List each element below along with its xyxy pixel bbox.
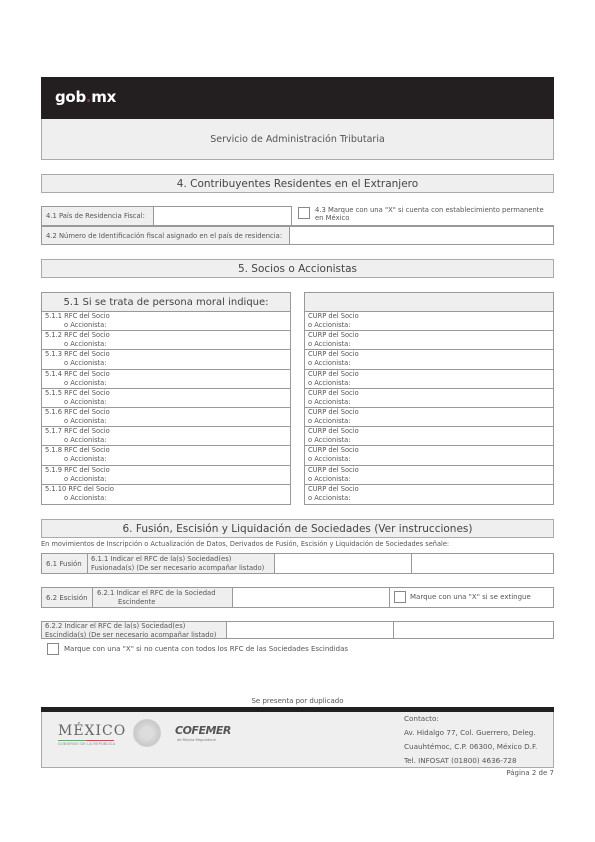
section-6-instruction: En movimientos de Inscripción o Actualiz… xyxy=(41,540,449,548)
curp-socio-row[interactable]: CURP del Socioo Accionista: xyxy=(305,389,553,408)
establecimiento-label-line1: 4.3 Marque con una "X" si cuenta con est… xyxy=(315,206,544,214)
row-label-line2: o Accionista: xyxy=(308,494,553,503)
fusion-rfc-label: 6.1.1 Indicar el RFC de la(s) Sociedad(e… xyxy=(87,553,275,574)
row-label-line2: o Accionista: xyxy=(45,494,290,503)
escision-label: 6.2 Escisión xyxy=(41,587,93,608)
curp-socio-row[interactable]: CURP del Socioo Accionista: xyxy=(305,427,553,446)
curp-socio-row[interactable]: CURP del Socioo Accionista: xyxy=(305,466,553,485)
rfc-socio-row[interactable]: 5.1.5 RFC del Socioo Accionista: xyxy=(42,389,290,408)
rfc-socios-header: 5.1 Si se trata de persona moral indique… xyxy=(42,293,290,312)
curp-socio-row[interactable]: CURP del Socioo Accionista: xyxy=(305,446,553,465)
logo-tld: mx xyxy=(91,88,116,106)
row-label-line1: 5.1.3 RFC del Socio xyxy=(45,350,290,359)
row-label-line1: CURP del Socio xyxy=(308,370,553,379)
pais-residencia-label: 4.1 País de Residencia Fiscal: xyxy=(41,206,154,226)
section-6-title: 6. Fusión, Escisión y Liquidación de Soc… xyxy=(41,519,554,538)
curp-socios-table: CURP del Socioo Accionista:CURP del Soci… xyxy=(304,292,554,505)
cofemer-logo: COFEMER xyxy=(175,724,231,737)
contact-address-1: Av. Hidalgo 77, Col. Guerrero, Deleg. xyxy=(404,728,536,737)
row-label-line2: o Accionista: xyxy=(45,455,290,464)
contact-title: Contacto: xyxy=(404,714,439,723)
row-label-line2: o Accionista: xyxy=(45,475,290,484)
header-subtitle: Servicio de Administración Tributaria xyxy=(41,119,554,160)
curp-socio-row[interactable]: CURP del Socioo Accionista: xyxy=(305,370,553,389)
rfc-socio-row[interactable]: 5.1.10 RFC del Socioo Accionista: xyxy=(42,485,290,504)
escindidas-field-1[interactable] xyxy=(226,621,394,639)
nif-field[interactable] xyxy=(289,226,554,245)
row-label-line2: o Accionista: xyxy=(45,340,290,349)
escision-rfc-field[interactable] xyxy=(232,587,390,608)
rfc-socio-row[interactable]: 5.1.9 RFC del Socioo Accionista: xyxy=(42,466,290,485)
extingue-checkbox[interactable] xyxy=(394,591,406,603)
row-label-line2: o Accionista: xyxy=(308,417,553,426)
establecimiento-checkbox[interactable] xyxy=(298,207,310,219)
row-label-line2: o Accionista: xyxy=(45,321,290,330)
row-label-line2: o Accionista: xyxy=(45,379,290,388)
row-label-line2: o Accionista: xyxy=(308,398,553,407)
gobmx-logo: gob.mx xyxy=(55,88,116,106)
row-label-line1: 5.1.9 RFC del Socio xyxy=(45,466,290,475)
row-label-line1: 5.1.2 RFC del Socio xyxy=(45,331,290,340)
escision-rfc-line1: 6.2.1 Indicar el RFC de la Sociedad xyxy=(93,589,232,598)
curp-socio-row[interactable]: CURP del Socioo Accionista: xyxy=(305,331,553,350)
national-seal-icon xyxy=(133,719,161,747)
logo-main: gob xyxy=(55,88,86,106)
row-label-line1: 5.1.8 RFC del Socio xyxy=(45,446,290,455)
curp-socios-header xyxy=(305,293,553,312)
rfc-socio-row[interactable]: 5.1.4 RFC del Socioo Accionista: xyxy=(42,370,290,389)
mexico-logo-line xyxy=(58,740,114,741)
row-label-line1: 5.1.5 RFC del Socio xyxy=(45,389,290,398)
duplicado-note: Se presenta por duplicado xyxy=(0,697,595,705)
escindidas-line2: Escindida(s) (De ser necesario acompañar… xyxy=(45,631,226,640)
fusion-label: 6.1 Fusión xyxy=(41,553,88,574)
extingue-label: Marque con una "X" si se extingue xyxy=(410,593,531,601)
row-label-line1: 5.1.4 RFC del Socio xyxy=(45,370,290,379)
row-label-line2: o Accionista: xyxy=(308,340,553,349)
row-label-line1: CURP del Socio xyxy=(308,331,553,340)
fusion-rfc-line2: Fusionada(s) (De ser necesario acompañar… xyxy=(91,564,274,573)
establecimiento-label-line2: en México xyxy=(315,214,544,222)
row-label-line2: o Accionista: xyxy=(308,321,553,330)
escindidas-field-2[interactable] xyxy=(393,621,554,639)
no-rfc-checkbox[interactable] xyxy=(47,643,59,655)
row-label-line1: CURP del Socio xyxy=(308,350,553,359)
curp-socio-row[interactable]: CURP del Socioo Accionista: xyxy=(305,350,553,369)
escindidas-label: 6.2.2 Indicar el RFC de la(s) Sociedad(e… xyxy=(41,621,227,639)
section-5-title: 5. Socios o Accionistas xyxy=(41,259,554,278)
row-label-line1: 5.1.6 RFC del Socio xyxy=(45,408,290,417)
nif-label: 4.2 Número de Identificación fiscal asig… xyxy=(41,226,290,245)
row-label-line2: o Accionista: xyxy=(308,436,553,445)
row-label-line1: CURP del Socio xyxy=(308,312,553,321)
row-label-line1: CURP del Socio xyxy=(308,427,553,436)
row-label-line2: o Accionista: xyxy=(45,436,290,445)
row-label-line1: CURP del Socio xyxy=(308,408,553,417)
fusion-rfc-field-1[interactable] xyxy=(274,553,412,574)
row-label-line1: CURP del Socio xyxy=(308,446,553,455)
row-label-line1: 5.1.7 RFC del Socio xyxy=(45,427,290,436)
curp-socio-row[interactable]: CURP del Socioo Accionista: xyxy=(305,408,553,427)
rfc-socio-row[interactable]: 5.1.8 RFC del Socioo Accionista: xyxy=(42,446,290,465)
curp-socio-row[interactable]: CURP del Socioo Accionista: xyxy=(305,312,553,331)
escision-rfc-label: 6.2.1 Indicar el RFC de la Sociedad Esci… xyxy=(92,587,233,608)
rfc-socio-row[interactable]: 5.1.1 RFC del Socioo Accionista: xyxy=(42,312,290,331)
rfc-socio-row[interactable]: 5.1.6 RFC del Socioo Accionista: xyxy=(42,408,290,427)
row-label-line2: o Accionista: xyxy=(45,417,290,426)
establecimiento-label: 4.3 Marque con una "X" si cuenta con est… xyxy=(315,206,544,222)
rfc-socio-row[interactable]: 5.1.2 RFC del Socioo Accionista: xyxy=(42,331,290,350)
header-bar xyxy=(41,77,554,119)
escision-rfc-line2: Escindente xyxy=(93,598,232,607)
row-label-line1: CURP del Socio xyxy=(308,485,553,494)
curp-socio-row[interactable]: CURP del Socioo Accionista: xyxy=(305,485,553,504)
row-label-line2: o Accionista: xyxy=(308,379,553,388)
pais-residencia-field[interactable] xyxy=(153,206,292,226)
row-label-line1: 5.1.1 RFC del Socio xyxy=(45,312,290,321)
mexico-logo: MÉXICO xyxy=(58,723,126,739)
escindidas-line1: 6.2.2 Indicar el RFC de la(s) Sociedad(e… xyxy=(45,622,226,631)
fusion-rfc-line1: 6.1.1 Indicar el RFC de la(s) Sociedad(e… xyxy=(91,555,274,564)
row-label-line1: 5.1.10 RFC del Socio xyxy=(45,485,290,494)
rfc-socio-row[interactable]: 5.1.3 RFC del Socioo Accionista: xyxy=(42,350,290,369)
no-rfc-label: Marque con una "X" si no cuenta con todo… xyxy=(64,645,348,653)
page-number: Página 2 de 7 xyxy=(506,769,554,777)
row-label-line2: o Accionista: xyxy=(45,359,290,368)
mexico-logo-subtitle: GOBIERNO DE LA REPÚBLICA xyxy=(58,742,115,746)
contact-address-2: Cuauhtémoc, C.P. 06300, México D.F. xyxy=(404,742,537,751)
row-label-line1: CURP del Socio xyxy=(308,466,553,475)
rfc-socios-table: 5.1 Si se trata de persona moral indique… xyxy=(41,292,291,505)
section-4-title: 4. Contribuyentes Residentes en el Extra… xyxy=(41,174,554,193)
row-label-line2: o Accionista: xyxy=(45,398,290,407)
rfc-socio-row[interactable]: 5.1.7 RFC del Socioo Accionista: xyxy=(42,427,290,446)
contact-phone: Tel. INFOSAT (01800) 4636-728 xyxy=(404,756,517,765)
row-label-line2: o Accionista: xyxy=(308,455,553,464)
cofemer-logo-subtitle: de Mejora Regulatoria xyxy=(177,738,216,742)
fusion-rfc-field-2[interactable] xyxy=(411,553,554,574)
row-label-line1: CURP del Socio xyxy=(308,389,553,398)
row-label-line2: o Accionista: xyxy=(308,359,553,368)
row-label-line2: o Accionista: xyxy=(308,475,553,484)
